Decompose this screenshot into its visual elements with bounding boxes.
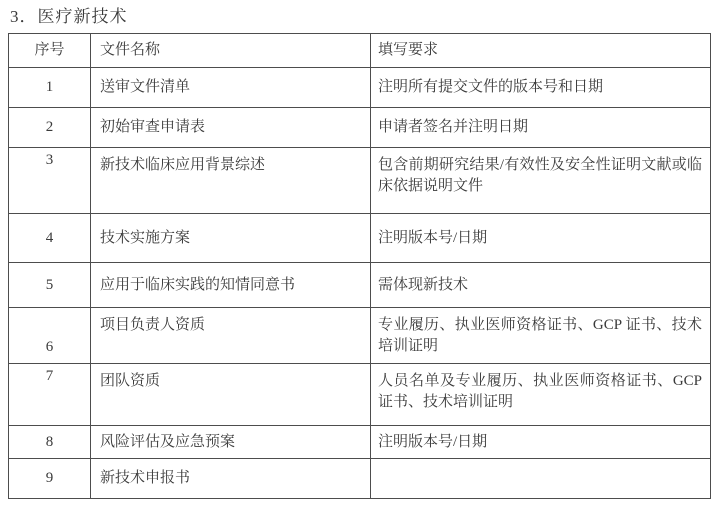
- row-number-cell: 5: [9, 263, 91, 308]
- table-row: 5 应用于临床实践的知情同意书 需体现新技术: [9, 263, 711, 308]
- header-document-name: 文件名称: [91, 34, 371, 68]
- header-serial-number: 序号: [9, 34, 91, 68]
- requirement-cell: 需体现新技术: [371, 263, 711, 308]
- header-requirements: 填写要求: [371, 34, 711, 68]
- table-row: 1 送审文件清单 注明所有提交文件的版本号和日期: [9, 68, 711, 108]
- document-name-cell: 团队资质: [91, 364, 371, 426]
- row-number-cell: 4: [9, 214, 91, 263]
- table-row: 7 团队资质 人员名单及专业履历、执业医师资格证书、GCP 证书、技术培训证明: [9, 364, 711, 426]
- document-name-cell: 应用于临床实践的知情同意书: [91, 263, 371, 308]
- table-row: 8 风险评估及应急预案 注明版本号/日期: [9, 426, 711, 459]
- document-name-cell: 风险评估及应急预案: [91, 426, 371, 459]
- requirement-cell: 注明版本号/日期: [371, 214, 711, 263]
- requirement-cell: 包含前期研究结果/有效性及安全性证明文献或临床依据说明文件: [371, 148, 711, 214]
- table-row: 6 项目负责人资质 专业履历、执业医师资格证书、GCP 证书、技术培训证明: [9, 308, 711, 364]
- table-row: 9 新技术申报书: [9, 459, 711, 499]
- table-header-row: 序号 文件名称 填写要求: [9, 34, 711, 68]
- requirement-cell: 注明版本号/日期: [371, 426, 711, 459]
- requirement-cell: 专业履历、执业医师资格证书、GCP 证书、技术培训证明: [371, 308, 711, 364]
- row-number-cell: 6: [9, 308, 91, 364]
- requirement-cell: 人员名单及专业履历、执业医师资格证书、GCP 证书、技术培训证明: [371, 364, 711, 426]
- table-row: 4 技术实施方案 注明版本号/日期: [9, 214, 711, 263]
- document-name-cell: 新技术临床应用背景综述: [91, 148, 371, 214]
- requirement-cell: [371, 459, 711, 499]
- row-number-cell: 9: [9, 459, 91, 499]
- row-number-cell: 8: [9, 426, 91, 459]
- section-title: 3．医疗新技术: [10, 2, 128, 27]
- table-row: 3 新技术临床应用背景综述 包含前期研究结果/有效性及安全性证明文献或临床依据说…: [9, 148, 711, 214]
- row-number-cell: 3: [9, 148, 91, 214]
- document-name-cell: 新技术申报书: [91, 459, 371, 499]
- row-number-cell: 2: [9, 108, 91, 148]
- document-requirements-table: 序号 文件名称 填写要求 1 送审文件清单 注明所有提交文件的版本号和日期 2 …: [8, 33, 711, 499]
- requirement-cell: 注明所有提交文件的版本号和日期: [371, 68, 711, 108]
- document-name-cell: 技术实施方案: [91, 214, 371, 263]
- document-page: 3．医疗新技术 序号 文件名称 填写要求 1 送审文件清单 注明所有提交文件的版…: [0, 0, 721, 510]
- row-number-cell: 1: [9, 68, 91, 108]
- document-name-cell: 初始审查申请表: [91, 108, 371, 148]
- row-number-cell: 7: [9, 364, 91, 426]
- document-name-cell: 送审文件清单: [91, 68, 371, 108]
- document-name-cell: 项目负责人资质: [91, 308, 371, 364]
- table-row: 2 初始审查申请表 申请者签名并注明日期: [9, 108, 711, 148]
- requirement-cell: 申请者签名并注明日期: [371, 108, 711, 148]
